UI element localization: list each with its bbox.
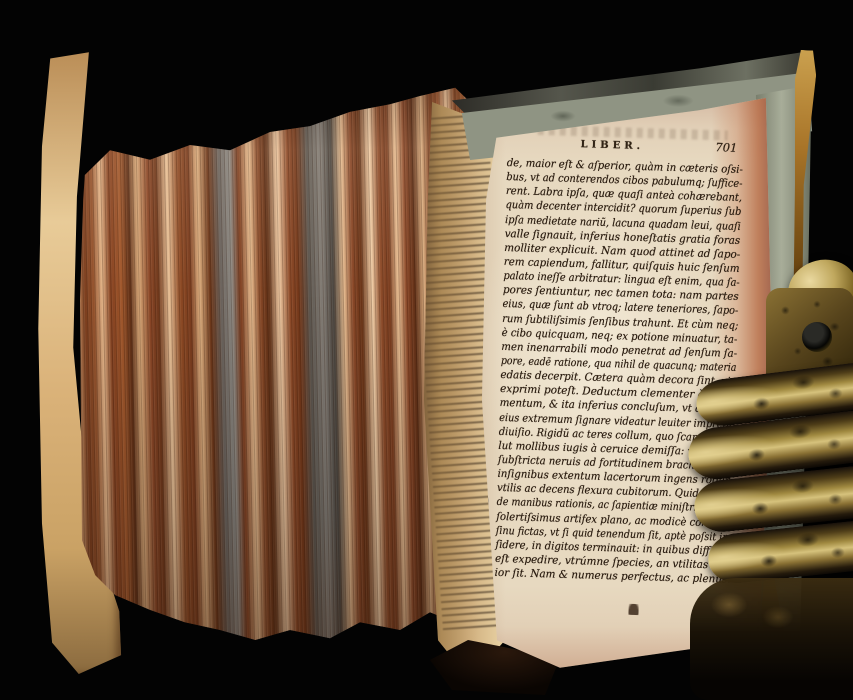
page-number: 701 (715, 140, 737, 155)
clasp-hole (802, 322, 832, 352)
brass-hand-back (690, 578, 853, 700)
printer-ornament (628, 604, 638, 615)
page-stack-fore-edge (72, 60, 472, 650)
running-head: LIBER. (580, 139, 644, 152)
photo-antique-book: LIBER. 701 de, maior eſt & aſperior, quà… (0, 0, 853, 700)
